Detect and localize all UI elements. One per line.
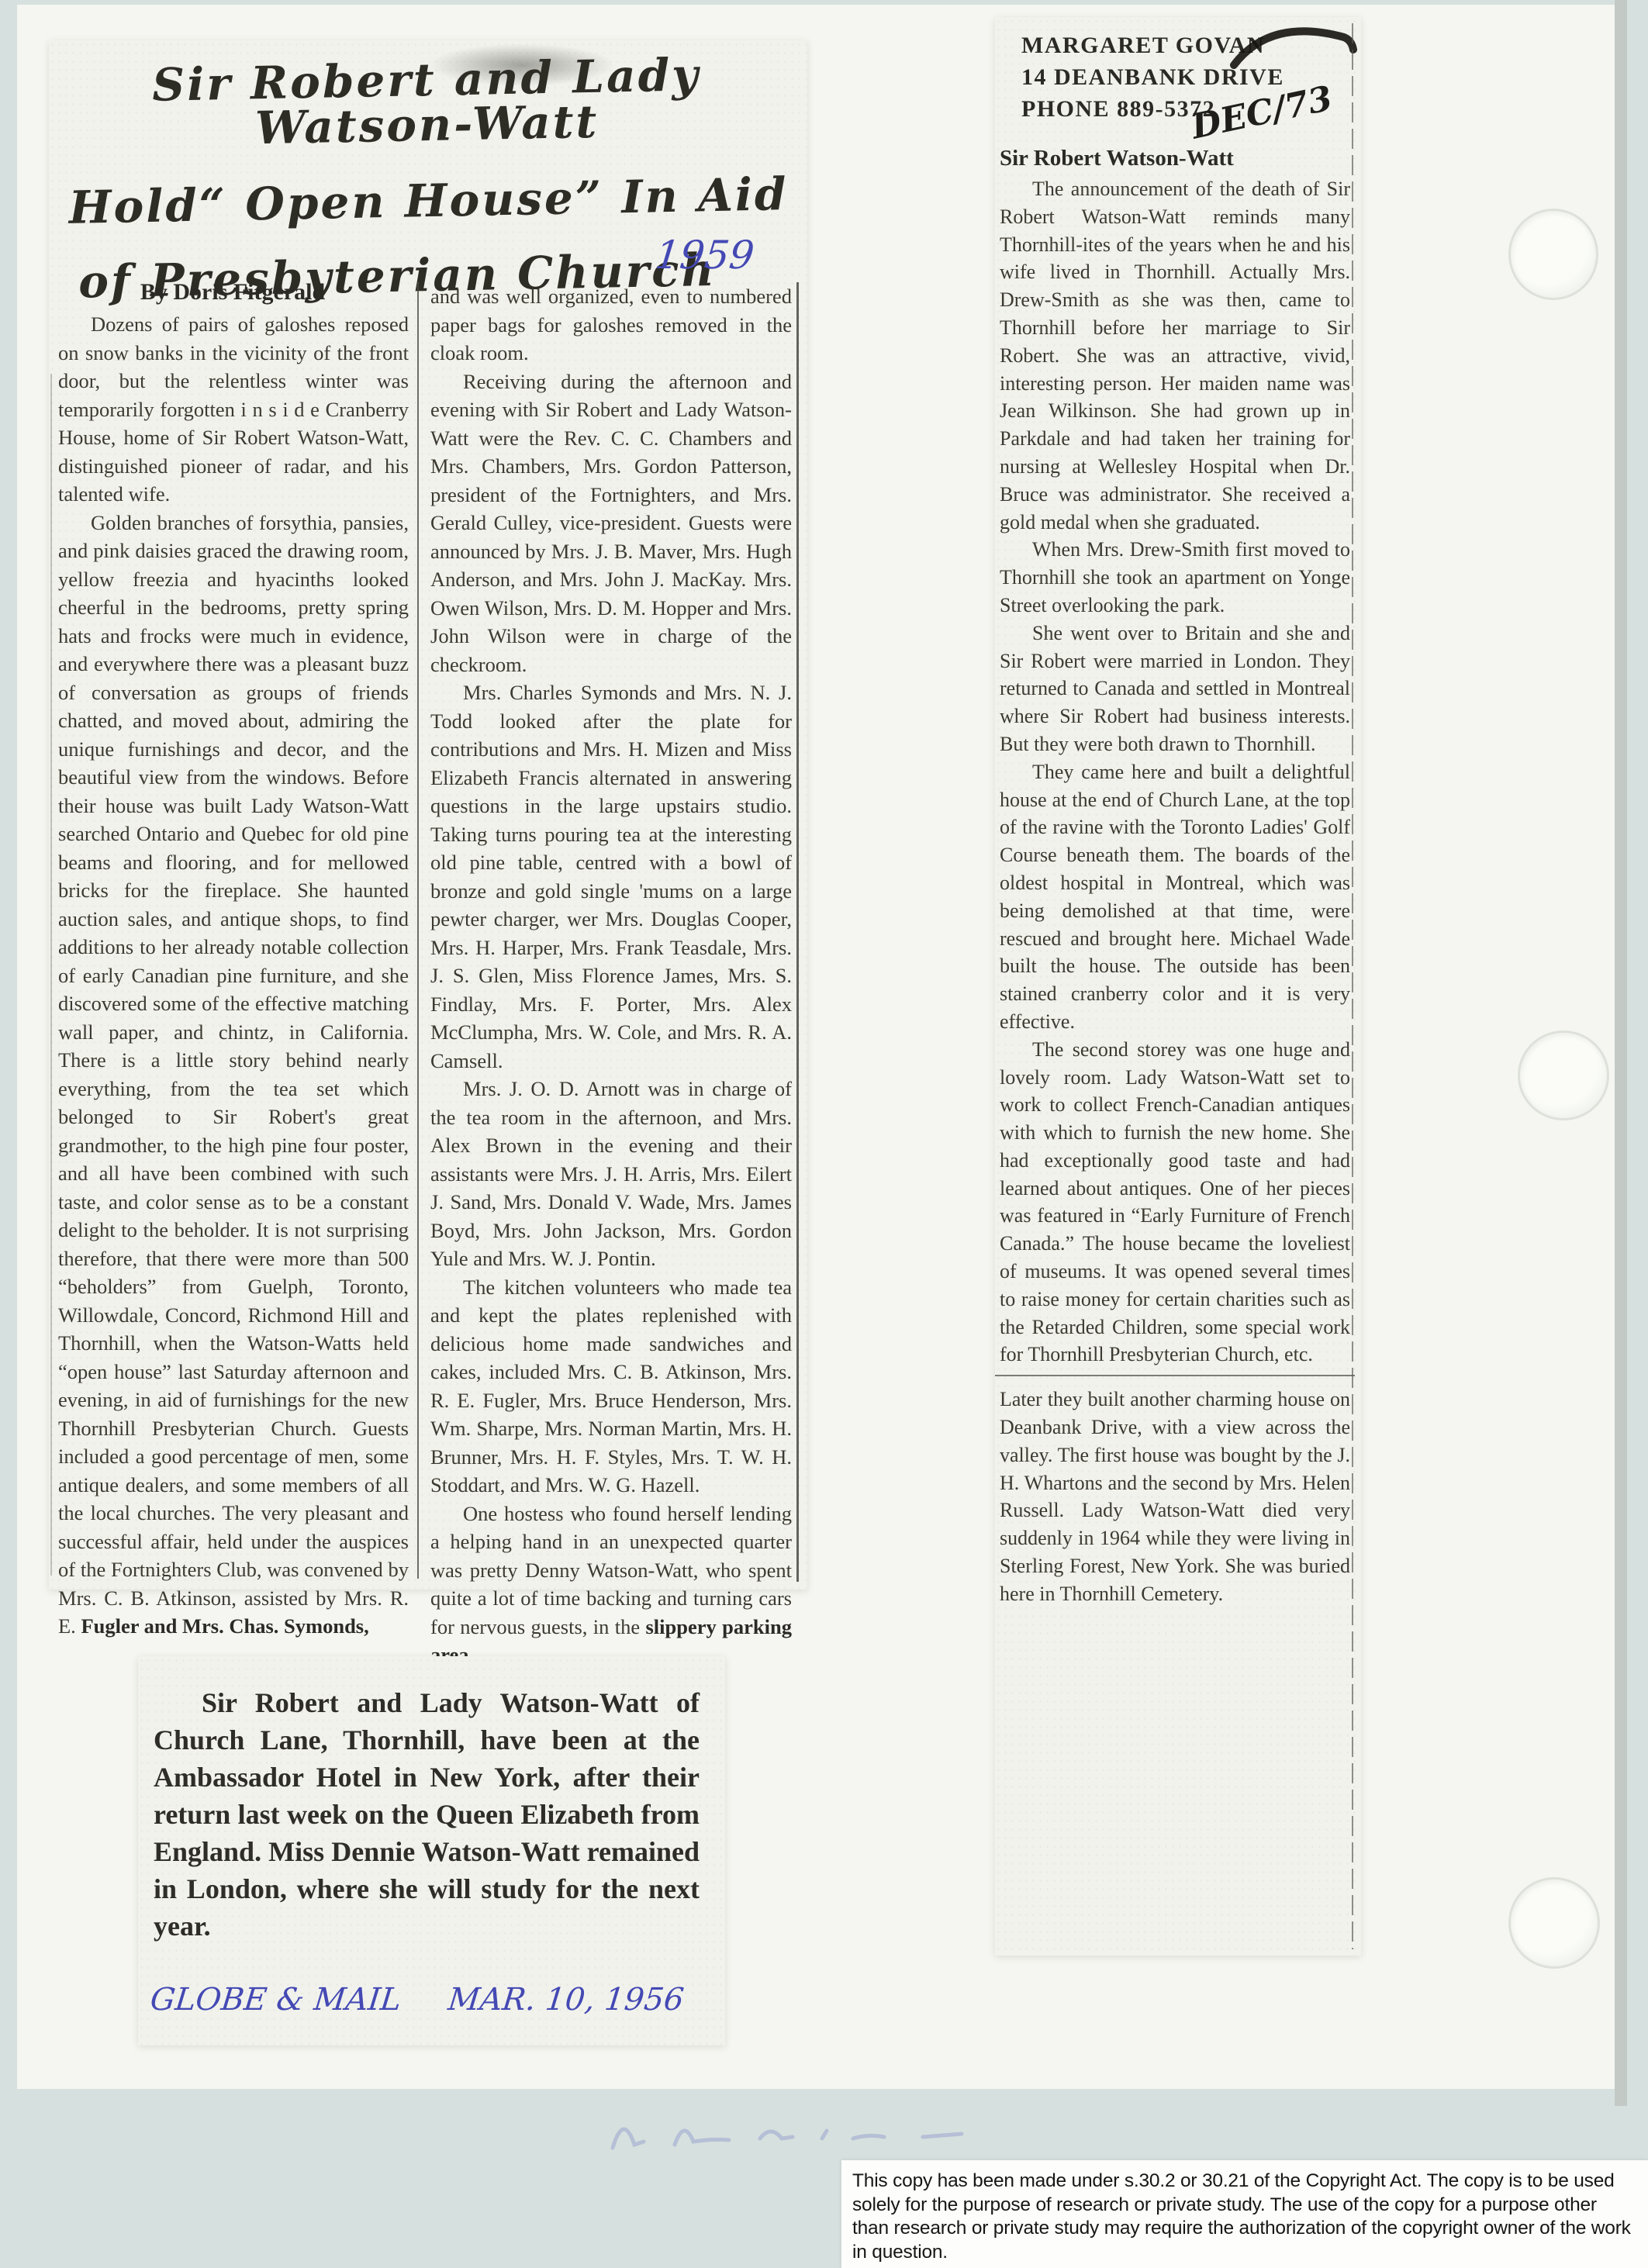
faint-ink-scribble (597, 2107, 1031, 2163)
paragraph-text: Golden branches of forsythia, pansies, a… (58, 511, 409, 1638)
article-column-2: and was well organized, even to numbered… (430, 282, 792, 1669)
clipping-right-rule (796, 282, 799, 1582)
paragraph: Mrs. J. O. D. Arnott was in charge of th… (430, 1075, 792, 1273)
headline-line-1: Sir Robert and Lady Watson-Watt (47, 50, 807, 155)
clipping-left-rule (50, 374, 52, 1576)
copyright-notice-text: This copy has been made under s.30.2 or … (841, 2160, 1648, 2268)
obituary-body: The announcement of the death of Sir Rob… (1000, 175, 1350, 1608)
pen-hook-mark (1228, 14, 1360, 85)
govan-obituary-clipping: MARGARET GOVAN 14 DEANBANK DRIVE PHONE 8… (995, 17, 1361, 1956)
paragraph: Receiving during the afternoon and eveni… (430, 368, 792, 679)
open-house-article-clipping: Sir Robert and Lady Watson-Watt Hold“ Op… (49, 40, 807, 1590)
paper-edge-shadow (1615, 0, 1627, 2106)
paragraph: The second storey was one huge and lovel… (1000, 1036, 1350, 1369)
punch-hole (1511, 211, 1596, 298)
paragraph: Mrs. Charles Symonds and Mrs. N. J. Todd… (430, 678, 792, 1075)
scanned-archive-page: { "main": { "title1": "Sir Robert and La… (0, 0, 1648, 2268)
punch-hole (1520, 1033, 1607, 1118)
handwritten-year-note: 1959 (653, 233, 756, 278)
handwritten-source-note: GLOBE & MAIL (149, 1982, 403, 2018)
headline-line-2: Hold“ Open House” In Aid (49, 171, 808, 231)
clipping-right-rule (1352, 23, 1353, 1949)
paragraph: She went over to Britain and she and Sir… (1000, 620, 1350, 758)
article-column-1: Dozens of pairs of galoshes reposed on s… (58, 310, 409, 1641)
paragraph: When Mrs. Drew-Smith first moved to Thor… (1000, 536, 1350, 619)
paragraph: Later they built another charming house … (1000, 1386, 1350, 1607)
column-rule (417, 282, 419, 1579)
clipping-seam-rule (995, 1375, 1355, 1376)
paragraph: Dozens of pairs of galoshes reposed on s… (58, 310, 409, 509)
handwritten-date-note: MAR. 10, 1956 (447, 1982, 686, 2018)
paragraph: One hostess who found herself lending a … (430, 1500, 792, 1669)
paragraph-text-bold: Fugler and Mrs. Chas. Symonds, (81, 1614, 368, 1638)
punch-hole (1511, 1880, 1598, 1966)
paragraph: and was well organized, even to numbered… (430, 282, 792, 368)
byline: By Doris Fitgerald (57, 279, 409, 306)
paragraph: The kitchen volunteers who made tea and … (430, 1273, 792, 1500)
handwritten-source-row: GLOBE & MAIL MAR. 10, 1956 (149, 1982, 711, 2018)
paragraph: They came here and built a delightful ho… (1000, 758, 1350, 1036)
obituary-subhead: Sir Robert Watson-Watt (1000, 146, 1234, 171)
social-note-text: Sir Robert and Lady Watson-Watt of Churc… (154, 1684, 700, 1945)
paragraph: The announcement of the death of Sir Rob… (1000, 175, 1350, 536)
copyright-notice-label: This copy has been made under s.30.2 or … (841, 2160, 1648, 2268)
paragraph: Golden branches of forsythia, pansies, a… (58, 509, 409, 1641)
globe-mail-clipping: Sir Robert and Lady Watson-Watt of Churc… (138, 1656, 725, 2045)
